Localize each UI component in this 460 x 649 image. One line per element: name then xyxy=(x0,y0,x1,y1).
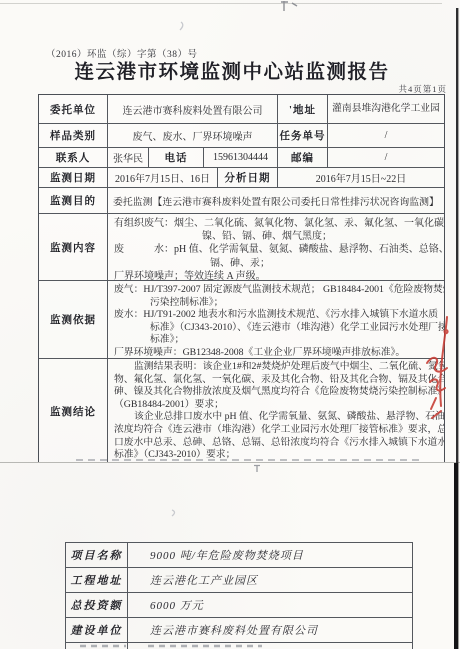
table-row-purpose: 监测目的 委托监测【连云港市赛科废料处置有限公司委托日常性排污状况咨询监测】 xyxy=(39,188,444,214)
address-value: 灌南县堆沟港化学工业园 xyxy=(329,103,443,116)
content-value: 有组织废气：烟尘、二氧化硫、氮氧化物、氯化氢、汞、氟化氢、一氧化碳、铬、 镍、铅… xyxy=(108,214,444,280)
page-title: 连云港市环境监测中心站监测报告 xyxy=(30,56,434,84)
analysis-date-label: 分析日期 xyxy=(218,168,278,187)
conclusion-line: 砷、镍及其化合物排放浓度及烟气黑度均符合《危险废物焚烧污染控制标准》 xyxy=(114,386,439,399)
content-line: 废 水：pH 值、化学需氧量、氨氮、磷酸盐、悬浮物、石油类、总铬、铅、 xyxy=(114,243,439,256)
conclusion-line: 该企业总排口废水中 pH 值、化学需氧量、氨氮、磷酸盐、悬浮物、石油类 xyxy=(114,411,439,424)
task-no-label: 任务单号 xyxy=(278,124,328,147)
content-line: 镉、砷、汞； xyxy=(114,257,439,270)
clipped-row-label xyxy=(66,643,128,649)
contact-label: 联系人 xyxy=(39,148,108,167)
project-name-value: 9000 吨/年危险废物焚烧项目 xyxy=(128,543,412,567)
postcode-label: 邮编 xyxy=(278,148,328,167)
content-line: 厂界环境噪声；等效连续 A 声级。 xyxy=(114,270,439,280)
monitor-date-label: 监测日期 xyxy=(39,168,108,187)
table-row-builder: 建设单位 连云港市赛科废料处置有限公司 xyxy=(66,618,412,643)
scan-artifact-mark xyxy=(254,465,260,472)
conclusion-line: 监测结果表明：该企业1#和2#焚烧炉处理后废气中烟尘、二氧化硫、氮氧化 xyxy=(114,361,439,374)
conclusion-label: 监测结论 xyxy=(39,359,108,463)
project-name-label: 项目名称 xyxy=(66,543,128,567)
basis-line: 废水：HJ/T91-2002 地表水和污水监测技术规范、《污水排入城镇下水道水质 xyxy=(114,309,439,322)
address-label: '地址 xyxy=(278,95,328,123)
content-line: 镍、铅、镉、砷、烟气黑度； xyxy=(114,230,439,243)
basis-line: 标准》（CJ343-2010）、《连云港市（堆沟港）化学工业园污水处理厂接管 xyxy=(114,322,439,335)
phone-value: 15961304444 xyxy=(204,148,278,167)
table-row-clipped xyxy=(66,643,412,649)
conclusion-line: 浓度均符合《连云港市（堆沟港）化学工业园污水处理厂接管标准》要求，总排 xyxy=(114,424,439,437)
table-row-project-address: 工程地址 连云港化工产业园区 xyxy=(66,568,412,593)
table-row-basis: 监测依据 废气：HJ/T397-2007 固定源废气监测技术规范； GB1848… xyxy=(39,281,444,359)
purpose-label: 监测目的 xyxy=(39,188,108,213)
conclusion-line: 口废水中总汞、总砷、总铬、总镉、总铅浓度均符合《污水排入城镇下水道水质 xyxy=(114,437,439,450)
page-edge-shadow xyxy=(454,463,458,649)
table-row-dates: 监测日期 2016年7月15日、16日 分析日期 2016年7月15日~22日 xyxy=(39,168,444,188)
table-row-client: 委托单位 连云港市赛科废料处置有限公司 '地址 灌南县堆沟港化学工业园 xyxy=(39,95,444,124)
project-address-label: 工程地址 xyxy=(66,568,128,592)
scan-speck xyxy=(172,510,175,516)
table-row-sample-type: 样品类别 废气、废水、厂界环境噪声 任务单号 / xyxy=(39,124,444,148)
report-info-table: 委托单位 连云港市赛科废料处置有限公司 '地址 灌南县堆沟港化学工业园 样品类别… xyxy=(38,94,445,462)
conclusion-value: 监测结果表明：该企业1#和2#焚烧炉处理后废气中烟尘、二氧化硫、氮氧化 物、氟化… xyxy=(108,359,444,463)
investment-value: 6000 万元 xyxy=(128,593,412,617)
client-value: 连云港市赛科废料处置有限公司 xyxy=(108,95,278,123)
basis-line: 污染控制标准》； xyxy=(114,297,439,310)
basis-line: 厂界环境噪声：GB12348-2008《工业企业厂界环境噪声排放标准》。 xyxy=(114,347,439,358)
postcode-value: / xyxy=(328,148,444,167)
sample-type-label: 样品类别 xyxy=(39,124,108,147)
scan-speck xyxy=(180,22,183,30)
project-info-table: 项目名称 9000 吨/年危险废物焚烧项目 工程地址 连云港化工产业园区 总投资… xyxy=(65,542,413,649)
project-address-value: 连云港化工产业园区 xyxy=(128,568,412,592)
basis-label: 监测依据 xyxy=(39,281,108,358)
basis-line: 废气：HJ/T397-2007 固定源废气监测技术规范； GB18484-200… xyxy=(114,284,439,297)
task-no-value: / xyxy=(328,124,444,147)
phone-label: 电话 xyxy=(149,148,204,167)
basis-line: 标准》； xyxy=(114,334,439,347)
table-row-conclusion: 监测结论 监测结果表明：该企业1#和2#焚烧炉处理后废气中烟尘、二氧化硫、氮氧化… xyxy=(39,359,444,463)
sample-type-value: 废气、废水、厂界环境噪声 xyxy=(108,124,278,147)
analysis-date-value: 2016年7月15日~22日 xyxy=(278,168,444,187)
page-edge-shadow xyxy=(456,8,458,463)
conclusion-line: 标准》（CJ343-2010）要求； xyxy=(114,449,439,462)
content-line: 有组织废气：烟尘、二氧化硫、氮氧化物、氯化氢、汞、氟化氢、一氧化碳、铬、 xyxy=(114,217,439,230)
basis-value: 废气：HJ/T397-2007 固定源废气监测技术规范； GB18484-200… xyxy=(108,281,444,358)
builder-label: 建设单位 xyxy=(66,618,128,642)
clipped-row-value xyxy=(128,643,412,649)
table-row-contact: 联系人 张华民 电话 15961304444 邮编 / xyxy=(39,148,444,168)
purpose-value: 委托监测【连云港市赛科废料处置有限公司委托日常性排污状况咨询监测】 xyxy=(108,188,444,213)
contact-name: 张华民 xyxy=(108,148,149,167)
content-label: 监测内容 xyxy=(39,214,108,280)
builder-value: 连云港市赛科废料处置有限公司 xyxy=(128,618,412,642)
conclusion-line: 物、氟化氢、氯化氢、一氧化碳、汞及其化合物、铅及其化合物、镉及其化合物、 xyxy=(114,374,439,387)
monitor-date-value: 2016年7月15日、16日 xyxy=(108,168,218,187)
investment-label: 总投资额 xyxy=(66,593,128,617)
table-row-project-name: 项目名称 9000 吨/年危险废物焚烧项目 xyxy=(66,543,412,568)
client-label: 委托单位 xyxy=(39,95,108,123)
scan-artifact-mark xyxy=(281,1,297,11)
conclusion-line: （GB18484-2001）要求； xyxy=(114,399,439,412)
table-row-investment: 总投资额 6000 万元 xyxy=(66,593,412,618)
table-row-content: 监测内容 有组织废气：烟尘、二氧化硫、氮氧化物、氯化氢、汞、氟化氢、一氧化碳、铬… xyxy=(39,214,444,281)
